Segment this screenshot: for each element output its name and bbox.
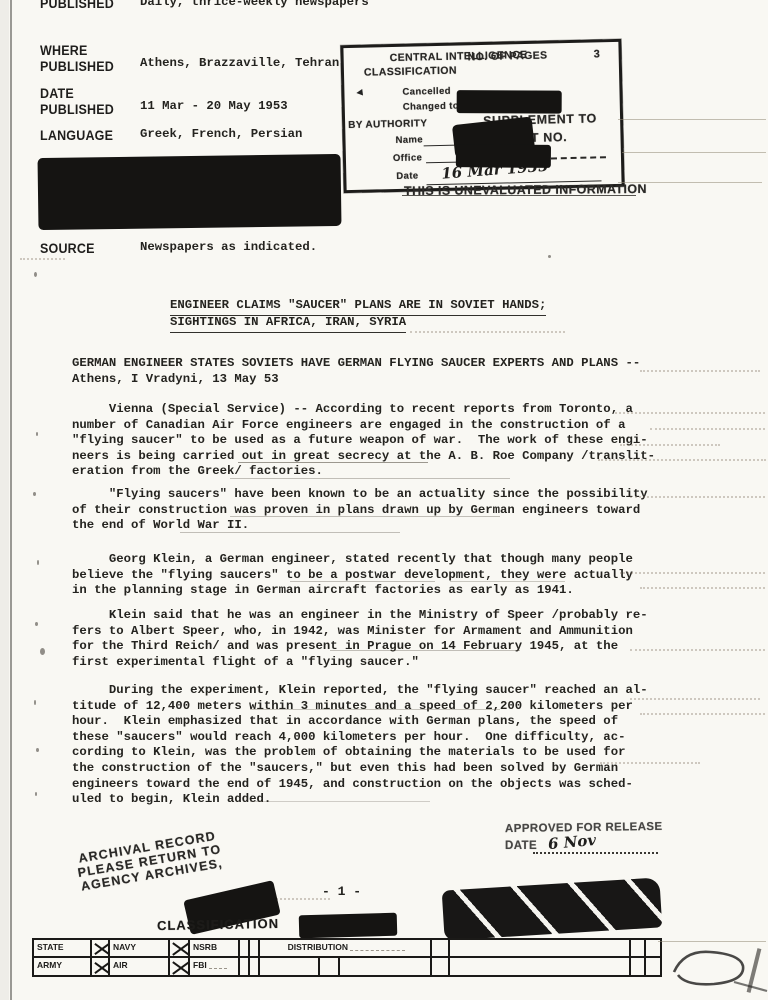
underline-ww2 [180, 532, 400, 533]
fbi-label: FBI [193, 960, 207, 970]
speck-9 [35, 792, 37, 796]
distribution-table-row1: STATE NAVY NSRB DISTRIBUTION [34, 940, 660, 956]
speck-8 [36, 748, 39, 752]
cell-air: AIR [110, 958, 170, 975]
classification-stamp-box: CENTRAL INTELLIGENCE NO. OF PAGES 3 CLAS… [340, 39, 624, 193]
distribution-table: STATE NAVY NSRB DISTRIBUTION ARMY AIR FB… [32, 938, 662, 977]
speck-10 [548, 255, 551, 258]
cell-distribution: DISTRIBUTION [260, 940, 432, 956]
cell-state-checkbox [92, 940, 110, 956]
navy-x-mark [173, 942, 188, 956]
redaction-header-block [38, 154, 342, 230]
form-rule-3 [618, 182, 762, 183]
stamp-classification-label: CLASSIFICATION [364, 65, 457, 79]
speck-4 [37, 560, 39, 565]
cell-r2-blank5 [340, 958, 432, 975]
cell-r2-blank3 [260, 958, 320, 975]
navy-label: NAVY [113, 942, 136, 952]
speck-2 [36, 432, 38, 436]
cell-navy: NAVY [110, 940, 170, 956]
scan-edge-line [10, 0, 12, 1000]
source-label: SOURCE [40, 241, 95, 257]
underline-factories [230, 478, 510, 479]
cell-fbi: FBI [190, 958, 240, 975]
streak-13 [600, 762, 700, 764]
air-label: AIR [113, 960, 128, 970]
scan-edge-strip [0, 0, 9, 1000]
paragraph-5: During the experiment, Klein reported, t… [72, 683, 648, 808]
redaction-office [456, 144, 551, 168]
paragraph-3: Georg Klein, a German engineer, stated r… [72, 552, 633, 599]
language-value: Greek, French, Persian [140, 127, 302, 143]
approved-date-label: DATE [505, 840, 537, 852]
distribution-dashes [350, 944, 405, 951]
cell-r1-blank4 [450, 940, 631, 956]
paragraph-1: Vienna (Special Service) -- According to… [72, 402, 655, 480]
article-subhead: GERMAN ENGINEER STATES SOVIETS HAVE GERM… [72, 356, 640, 372]
streak-2 [640, 370, 760, 372]
underline-secrecy [238, 462, 428, 463]
streak-1 [20, 258, 65, 260]
streak-9 [640, 587, 765, 589]
streak-3 [615, 412, 765, 414]
speck-3 [33, 492, 36, 496]
language-label: LANGUAGE [40, 128, 113, 144]
cell-r1-blank5 [631, 940, 646, 956]
army-label: ARMY [37, 960, 62, 970]
cell-r2-blank1 [240, 958, 250, 975]
redaction-bottom-small [299, 913, 398, 939]
streak-5 [620, 444, 720, 446]
fbi-dashes [209, 962, 227, 969]
speck-5 [35, 622, 38, 626]
date-published-label: DATE PUBLISHED [40, 86, 114, 117]
cell-state: STATE [34, 940, 92, 956]
stamp-name-label: Name [395, 134, 423, 146]
underline-postwar [290, 581, 435, 582]
cell-army-checkbox [92, 958, 110, 975]
underline-klein-added [250, 801, 430, 802]
archival-record-stamp: ARCHIVAL RECORD PLEASE RETURN TO AGENCY … [50, 824, 249, 898]
stamp-pages-value: 3 [593, 48, 600, 60]
stamp-office-label: Office [393, 152, 423, 164]
paragraph-2: "Flying saucers" have been known to be a… [72, 487, 648, 534]
where-published-value: Athens, Brazzaville, Tehran [140, 56, 339, 72]
cell-r2-blank4 [320, 958, 340, 975]
underline-minutes [250, 709, 500, 710]
cell-army: ARMY [34, 958, 92, 975]
source-value: Newspapers as indicated. [140, 240, 317, 256]
streak-12 [640, 713, 765, 715]
air-x-mark [173, 960, 188, 975]
headline-line1: ENGINEER CLAIMS "SAUCER" PLANS ARE IN SO… [170, 298, 546, 316]
army-x-mark [95, 960, 108, 975]
article-byline: Athens, I Vradyni, 13 May 53 [72, 372, 279, 388]
stamp-by-authority: BY AUTHORITY [348, 118, 427, 131]
cell-r1-blank6 [646, 940, 657, 956]
speck-6 [40, 648, 45, 655]
speck-1 [34, 272, 37, 277]
form-rule-2 [622, 152, 766, 153]
cell-r2-blank7 [450, 958, 631, 975]
date-published-value: 11 Mar - 20 May 1953 [140, 99, 288, 115]
cell-air-checkbox [170, 958, 190, 975]
streak-7 [630, 496, 765, 498]
header-row-published: PUBLISHED Daily, thrice-weekly newspaper… [0, 0, 768, 13]
underline-actually [450, 581, 565, 582]
table-rule-extension [658, 941, 766, 942]
underline-plans-drawn [230, 516, 500, 517]
published-value: Daily, thrice-weekly newspapers [140, 0, 369, 11]
cell-r2-blank2 [250, 958, 260, 975]
cell-r2-blank9 [646, 958, 657, 975]
state-x-mark [95, 942, 108, 956]
scanned-document-page: PUBLISHED Daily, thrice-weekly newspaper… [0, 0, 768, 1000]
stamp-date-label: Date [396, 170, 418, 182]
cell-r1-blank1 [240, 940, 250, 956]
streak-10 [630, 649, 765, 651]
cell-r1-blank2 [250, 940, 260, 956]
published-label: PUBLISHED [40, 0, 114, 12]
streak-6 [598, 459, 766, 461]
page-number: - 1 - [322, 884, 361, 900]
headline-underline-extension [410, 331, 565, 333]
nsrb-label: NSRB [193, 942, 217, 952]
bottom-classification-label: CLASSIFICATION [157, 916, 279, 933]
where-published-label: WHERE PUBLISHED [40, 43, 114, 74]
stamp-arrow-icon: ◄ [356, 87, 364, 100]
headline-line2: SIGHTINGS IN AFRICA, IRAN, SYRIA [170, 315, 406, 333]
stamp-changed-to: Changed to [403, 101, 459, 113]
form-rule-1 [618, 119, 766, 120]
redaction-changed-to [457, 90, 562, 114]
streak-4 [650, 428, 765, 430]
approved-date-handwritten: 6 Nov [547, 831, 596, 853]
stamp-cancelled: Cancelled [402, 86, 451, 98]
stamp-office-dashes [551, 156, 606, 159]
distribution-label: DISTRIBUTION [288, 942, 348, 952]
speck-7 [34, 700, 36, 705]
cell-r2-blank6 [432, 958, 450, 975]
streak-11 [630, 698, 760, 700]
stamp-pages-label: NO. OF PAGES [468, 50, 548, 64]
redaction-bottom-striped [442, 877, 663, 940]
distribution-table-row2: ARMY AIR FBI [34, 956, 660, 975]
cell-nsrb: NSRB [190, 940, 240, 956]
cell-r1-blank3 [432, 940, 450, 956]
approved-date-dotted-rule [533, 852, 658, 854]
underline-prague [330, 650, 520, 651]
unevaluated-strike-line [402, 195, 636, 196]
streak-8 [620, 572, 765, 574]
state-label: STATE [37, 942, 64, 952]
paragraph-4: Klein said that he was an engineer in th… [72, 608, 648, 670]
cell-navy-checkbox [170, 940, 190, 956]
cell-r2-blank8 [631, 958, 646, 975]
